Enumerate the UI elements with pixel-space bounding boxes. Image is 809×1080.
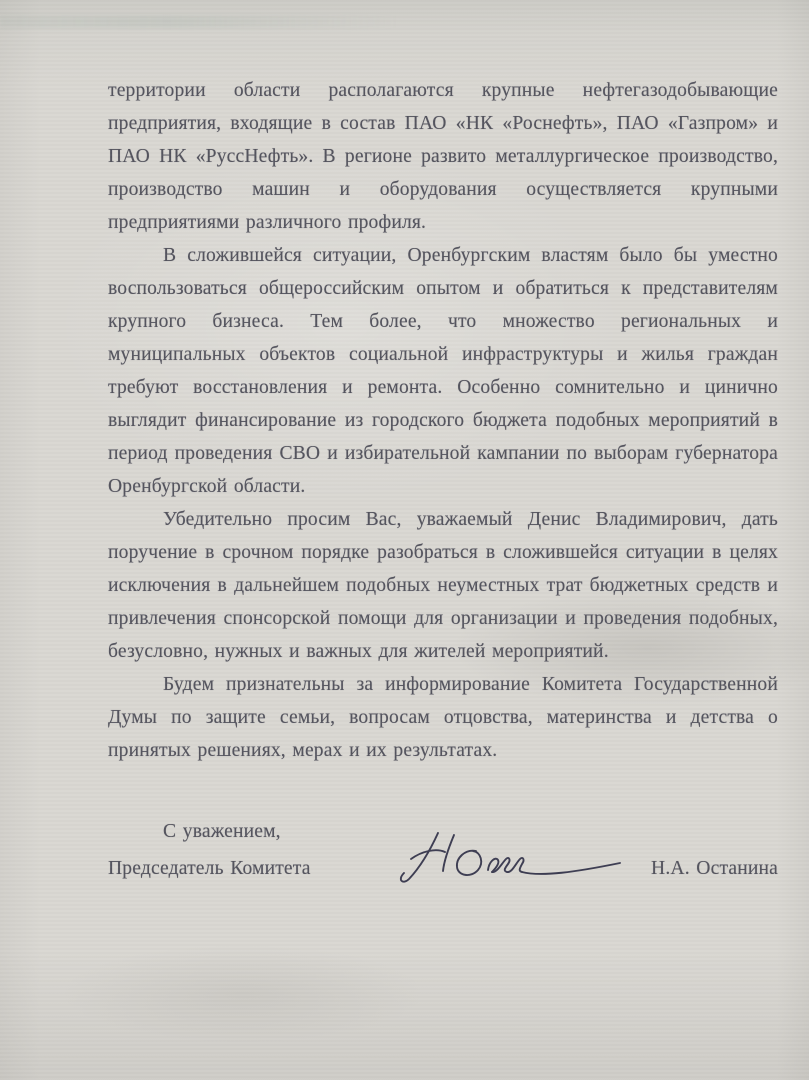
closing-block: С уважением, Председатель Комитета — [108, 815, 778, 888]
signer-title: Председатель Комитета — [108, 852, 311, 885]
paragraph-situation: В сложившейся ситуации, Оренбургским вла… — [108, 239, 778, 503]
paragraph-acknowledgement: Будем признательны за информирование Ком… — [108, 668, 778, 767]
paper-shading-band — [0, 16, 420, 28]
paragraph-continuation: территории области располагаются крупные… — [108, 74, 778, 239]
letter-body: территории области располагаются крупные… — [108, 74, 778, 888]
handwritten-signature-icon — [396, 826, 626, 888]
paragraph-request: Убедительно просим Вас, уважаемый Денис … — [108, 503, 778, 668]
scanned-letter-page: территории области располагаются крупные… — [0, 0, 809, 1080]
signature-row: Председатель Комитета — [108, 848, 778, 888]
signer-name: Н.А. Останина — [651, 852, 778, 885]
